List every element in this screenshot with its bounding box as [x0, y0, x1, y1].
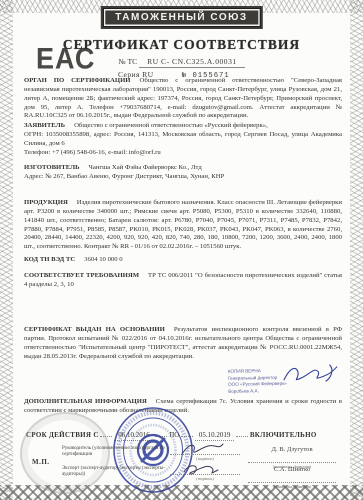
- section-manufacturer: ИЗГОТОВИТЕЛЬЧангша Хай Фэйы Файерворкс К…: [24, 164, 342, 182]
- section-label: ЗАЯВИТЕЛЬ: [24, 122, 65, 129]
- signature-zone: (подпись): [170, 466, 240, 481]
- certificate-page: ТАМОЖЕННЫЙ СОЮЗ ЕАС СЕРТИФИКАТ СООТВЕТСТ…: [0, 0, 363, 500]
- section-label: СЕРТИФИКАТ ВЫДАН НА ОСНОВАНИИ: [24, 326, 165, 333]
- customs-union-banner: ТАМОЖЕННЫЙ СОЮЗ: [102, 8, 260, 27]
- section-label: КОД ТН ВЭД ТС: [24, 256, 75, 263]
- certificate-number-label: № ТС: [118, 57, 137, 66]
- signature-zone: (подпись): [170, 446, 240, 461]
- section-applicant: ЗАЯВИТЕЛЬОбщество с ограниченной ответст…: [24, 122, 342, 157]
- section-text: Изделия пиротехнические бытового назначе…: [24, 199, 342, 250]
- director-signature: [280, 361, 340, 388]
- head-signature: [178, 440, 226, 460]
- certificate-title: СЕРТИФИКАТ СООТВЕТСТВИЯ: [0, 37, 363, 53]
- signatory-role-label: Руководитель (уполномоченное лицо) орган…: [62, 446, 170, 459]
- section-certification-body: ОРГАН ПО СЕРТИФИКАЦИИОбщество с ограниче…: [24, 77, 342, 121]
- section-tnved-code: КОД ТН ВЭД ТС3604 10 000 0: [24, 256, 342, 265]
- signatory-role-label: Эксперт (эксперт-аудитор) (эксперты (экс…: [62, 466, 170, 479]
- signatory-name-zone: С.А. Шиятко(инициалы, фамилия): [248, 466, 336, 489]
- section-product: ПРОДУКЦИЯИзделия пиротехнические бытовог…: [24, 199, 342, 252]
- signatory-name: С.А. Шиятко: [248, 466, 336, 474]
- copy-stamp-line: Воробьев А.А.: [228, 387, 323, 395]
- section-requirements: СООТВЕТСТВУЕТ ТРЕБОВАНИЯМТР ТС 006/2011 …: [24, 272, 342, 290]
- dotted-leader: [236, 430, 248, 437]
- section-label: ПРОДУКЦИЯ: [24, 199, 68, 206]
- tnved-code-value: 3604 10 000 0: [84, 256, 122, 263]
- signature-row-expert: Эксперт (эксперт-аудитор) (эксперты (экс…: [62, 466, 346, 489]
- name-caption: (инициалы, фамилия): [248, 482, 336, 489]
- section-label: ОРГАН ПО СЕРТИФИКАЦИИ: [24, 77, 131, 84]
- validity-suffix: ВКЛЮЧИТЕЛЬНО: [250, 431, 317, 439]
- section-label: СООТВЕТСТВУЕТ ТРЕБОВАНИЯМ: [24, 272, 139, 279]
- section-issued-basis: СЕРТИФИКАТ ВЫДАН НА ОСНОВАНИИРезультатов…: [24, 326, 342, 361]
- certificate-number-line: № ТС RU C- CN.C325.A.00031: [0, 57, 363, 66]
- expert-signature: [178, 460, 226, 480]
- border-ornament-right: [350, 0, 363, 500]
- border-ornament-left: [0, 0, 13, 500]
- section-label: ИЗГОТОВИТЕЛЬ: [24, 164, 80, 171]
- signatory-name: Д. В. Дзугутов: [248, 446, 336, 454]
- copy-verified-stamp: КОПИЯ ВЕРНА Генеральный директор ООО «Ру…: [228, 367, 323, 395]
- mp-seal-mark: М.П.: [32, 458, 50, 466]
- certificate-number-value: RU C- CN.C325.A.00031: [139, 57, 245, 68]
- section-text: Общество с ограниченной ответственностью…: [24, 122, 342, 156]
- section-label: ДОПОЛНИТЕЛЬНАЯ ИНФОРМАЦИЯ: [24, 398, 147, 405]
